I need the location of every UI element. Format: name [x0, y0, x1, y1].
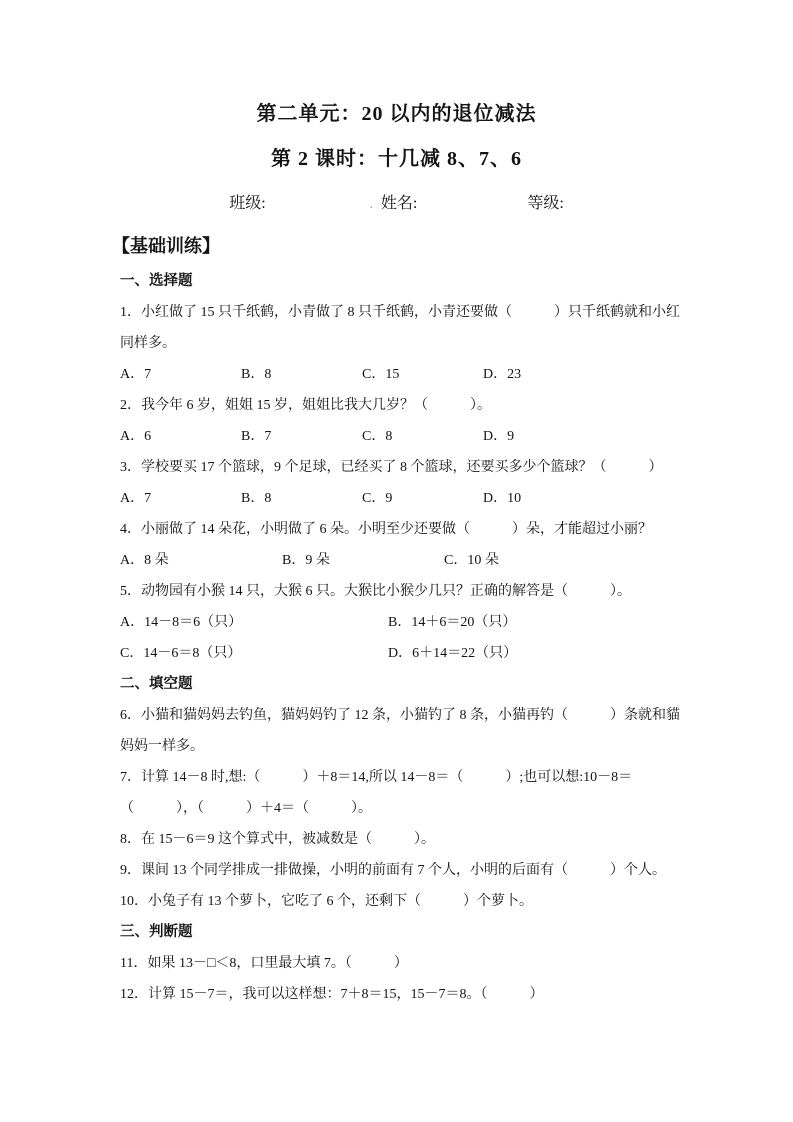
question-12: 12．计算 15－7＝，我可以这样想：7＋8＝15，15－7＝8。（ ） — [120, 979, 680, 1010]
option: B．8 — [241, 359, 362, 390]
name-blank — [417, 207, 527, 208]
worksheet-header: 第二单元：20 以内的退位减法 第 2 课时：十几减 8、7、6 班级:.姓名:… — [0, 0, 793, 226]
question-3-options: A．7 B．8 C．9 D．10 — [120, 483, 680, 514]
unit-title: 第二单元：20 以内的退位减法 — [0, 92, 793, 137]
option: C．10 朵 — [444, 545, 499, 576]
question-5-options-row2: C．14－6＝8（只） D．6＋14＝22（只） — [120, 638, 680, 669]
question-2-options: A．6 B．7 C．8 D．9 — [120, 421, 680, 452]
basic-training-heading: 【基础训练】 — [112, 226, 793, 266]
option: D．23 — [483, 359, 521, 390]
question-2: 2．我今年 6 岁，姐姐 15 岁，姐姐比我大几岁？（ ）。 — [120, 390, 680, 421]
section-heading-choice: 一、选择题 — [120, 266, 680, 297]
separator-dot: . — [370, 196, 373, 211]
question-8: 8．在 15－6＝9 这个算式中，被减数是（ ）。 — [120, 824, 680, 855]
option: C．9 — [362, 483, 483, 514]
question-1: 1．小红做了 15 只千纸鹤，小青做了 8 只千纸鹤，小青还要做（ ）只千纸鹤就… — [120, 297, 680, 359]
question-5-options-row1: A．14－8＝6（只） B．14＋6＝20（只） — [120, 607, 680, 638]
question-4-options: A．8 朵 B．9 朵 C．10 朵 — [120, 545, 680, 576]
option: A．8 朵 — [120, 545, 282, 576]
option: B．14＋6＝20（只） — [388, 607, 516, 638]
section-heading-fill: 二、填空题 — [120, 669, 680, 700]
name-label: 姓名: — [381, 195, 417, 212]
question-5: 5．动物园有小猴 14 只，大猴 6 只。大猴比小猴少几只？正确的解答是（ ）。 — [120, 576, 680, 607]
class-label: 班级: — [229, 195, 265, 212]
student-info-line: 班级:.姓名:等级: — [0, 182, 793, 226]
question-1-options: A．7 B．8 C．15 D．23 — [120, 359, 680, 390]
question-9: 9．课间 13 个同学排成一排做操，小明的前面有 7 个人，小明的后面有（ ）个… — [120, 855, 680, 886]
option: A．7 — [120, 483, 241, 514]
option: A．6 — [120, 421, 241, 452]
question-10: 10．小兔子有 13 个萝卜，它吃了 6 个，还剩下（ ）个萝卜。 — [120, 886, 680, 917]
option: B．8 — [241, 483, 362, 514]
section-heading-judge: 三、判断题 — [120, 917, 680, 948]
lesson-title: 第 2 课时：十几减 8、7、6 — [0, 137, 793, 182]
option: A．7 — [120, 359, 241, 390]
option: D．10 — [483, 483, 521, 514]
option: B．7 — [241, 421, 362, 452]
question-6: 6．小猫和猫妈妈去钓鱼，猫妈妈钓了 12 条，小猫钓了 8 条，小猫再钓（ ）条… — [120, 700, 680, 762]
option: C．8 — [362, 421, 483, 452]
class-blank — [266, 207, 370, 208]
question-3: 3．学校要买 17 个篮球，9 个足球，已经买了 8 个篮球，还要买多少个篮球？… — [120, 452, 680, 483]
worksheet-page: 第二单元：20 以内的退位减法 第 2 课时：十几减 8、7、6 班级:.姓名:… — [0, 0, 793, 1122]
option: D．6＋14＝22（只） — [388, 638, 517, 669]
question-7: 7．计算 14－8 时,想:（ ）＋8＝14,所以 14－8＝（ ）;也可以想:… — [120, 762, 680, 824]
option: D．9 — [483, 421, 514, 452]
worksheet-body: 一、选择题 1．小红做了 15 只千纸鹤，小青做了 8 只千纸鹤，小青还要做（ … — [120, 266, 680, 1010]
grade-label: 等级: — [527, 195, 563, 212]
question-11: 11．如果 13－□＜8，口里最大填 7。（ ） — [120, 948, 680, 979]
option: C．15 — [362, 359, 483, 390]
option: A．14－8＝6（只） — [120, 607, 388, 638]
question-4: 4．小丽做了 14 朵花，小明做了 6 朵。小明至少还要做（ ）朵，才能超过小丽… — [120, 514, 680, 545]
option: C．14－6＝8（只） — [120, 638, 388, 669]
option: B．9 朵 — [282, 545, 444, 576]
